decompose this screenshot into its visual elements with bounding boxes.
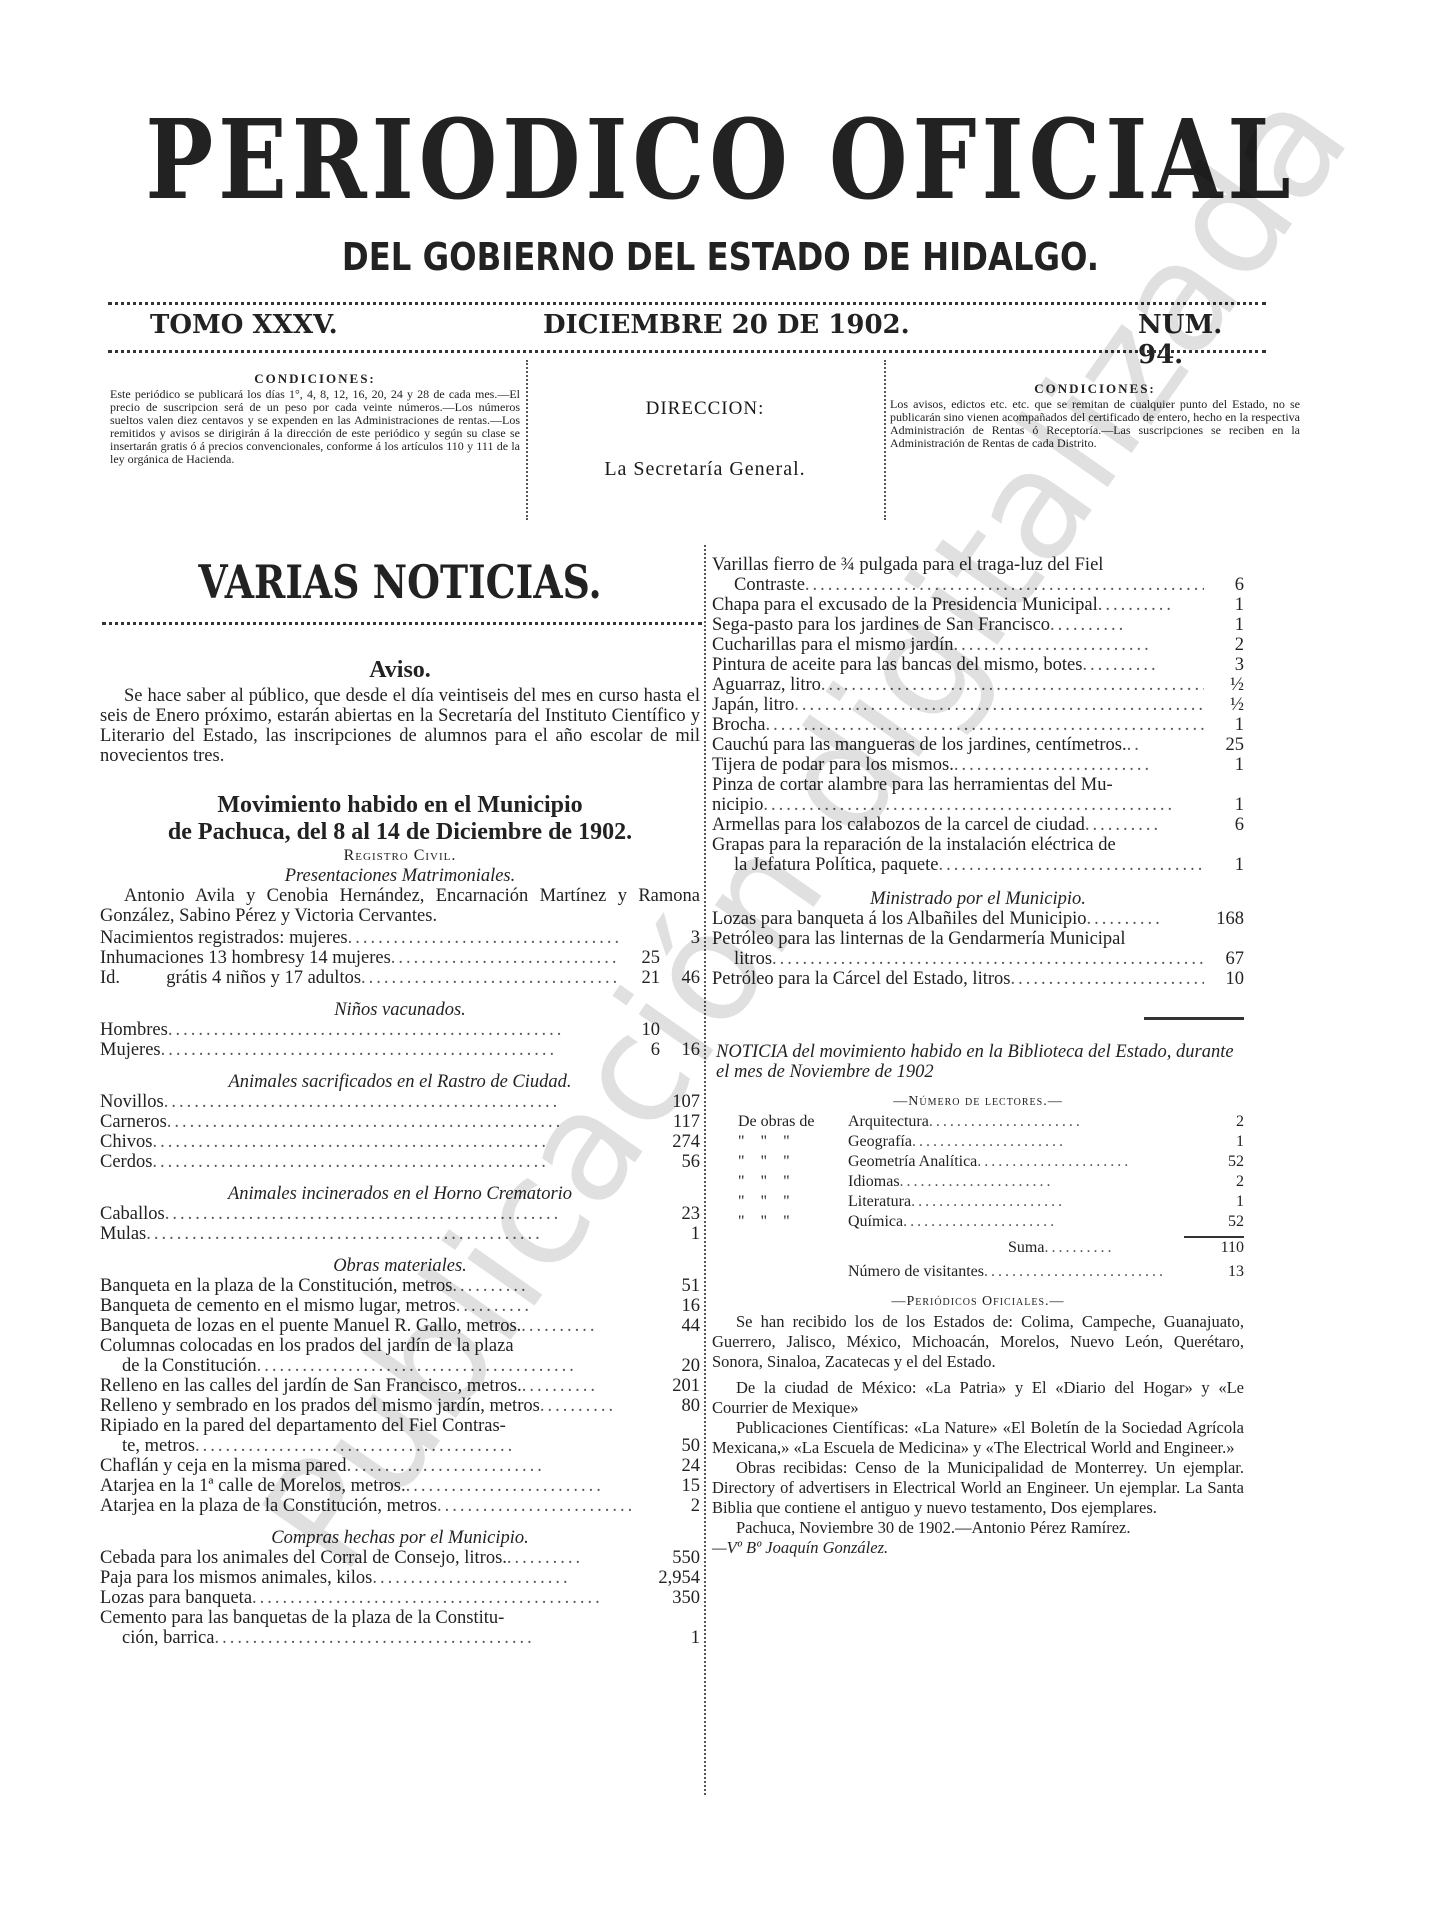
conditions-left-text: Este periódico se publicará los días 1°,… [110,388,520,466]
visitantes-row: Número de visitantes....................… [738,1262,1244,1282]
compras-row: Paja para los mismos animales, kilos....… [100,1568,700,1588]
signature-line: Pachuca, Noviembre 30 de 1902.—Antonio P… [712,1518,1244,1538]
compras-row: Cemento para las banquetas de la plaza d… [100,1608,700,1648]
divider [526,360,528,520]
aviso-heading: Aviso. [100,660,700,680]
cientificas-text: Publicaciones Científicas: «La Nature» «… [712,1418,1244,1458]
registro-civil: Registro Civil. [100,846,700,866]
lectores-row: " " "Idiomas......................2 [738,1172,1244,1192]
column-divider [704,545,706,1795]
movimiento-heading-2: de Pachuca, del 8 al 14 de Diciembre de … [100,819,700,846]
mexico-text: De la ciudad de México: «La Patria» y El… [712,1378,1244,1418]
lectores-list: De obras deArquitectura.................… [712,1112,1244,1282]
presentaciones-text: Antonio Avila y Cenobia Hernández, Encar… [100,886,700,926]
conditions-left: CONDICIONES: Este periódico se publicará… [110,372,520,466]
aviso-text: Se hace saber al público, que desde el d… [100,686,700,766]
lectores-title: —Número de lectores.— [712,1092,1244,1112]
divider [884,360,886,520]
section-title: VARIAS NOTICIAS. [154,555,646,609]
lectores-row: " " "Geometría Analítica................… [738,1152,1244,1172]
periodicos-title: —Periódicos Oficiales.— [712,1292,1244,1312]
lectores-row: " " "Química......................52 [738,1212,1244,1232]
direccion-value: La Secretaría General. [530,458,880,481]
periodicos-text: Se han recibido los de los Estados de: C… [712,1312,1244,1372]
separator-rule [1144,1017,1244,1020]
issue-date: DICIEMBRE 20 DE 1902. [543,310,910,340]
conditions-left-title: CONDICIONES: [110,372,520,385]
tomo-label: TOMO XXXV. [150,310,338,340]
lectores-row: " " "Literatura......................1 [738,1192,1244,1212]
direccion-label: DIRECCION: [530,398,880,420]
compras-row: Lozas para banqueta.....................… [100,1588,700,1608]
masthead-title: PERIODICO OFICIAL [130,95,1312,224]
section-rule [102,622,702,625]
biblioteca-heading: NOTICIA del movimiento habido en la Bibl… [712,1042,1244,1082]
vobo-line: —Vº Bº Joaquín González. [712,1538,1244,1558]
suma-row: Suma..........110 [738,1238,1244,1258]
presentaciones-title: Presentaciones Matrimoniales. [100,866,700,886]
lectores-row: De obras deArquitectura.................… [738,1112,1244,1132]
lectores-row: " " "Geografía......................1 [738,1132,1244,1152]
obras-recibidas-text: Obras recibidas: Censo de la Municipalid… [712,1458,1244,1518]
movimiento-heading-1: Movimiento habido en el Municipio [100,792,700,819]
compras-list: Cebada para los animales del Corral de C… [100,1548,700,1648]
registro-row: Nacimientos registrados: mujeres........… [100,928,700,948]
